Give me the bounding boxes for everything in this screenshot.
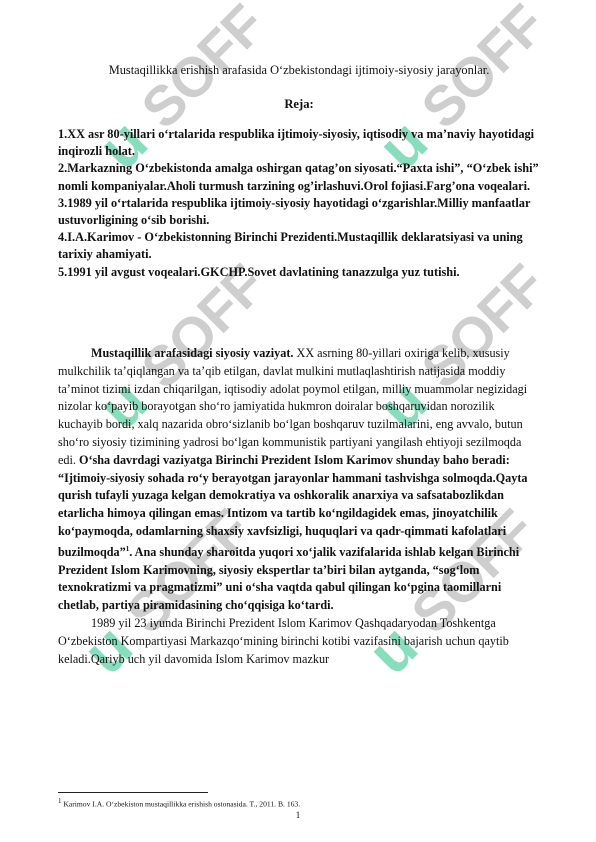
- quote-text: O‘sha davrdagi vaziyatga Birinchi Prezid…: [58, 453, 527, 559]
- paragraph: 1989 yil 23 iyunda Birinchi Prezident Is…: [58, 615, 542, 668]
- body-text: Mustaqillik arafasidagi siyosiy vaziyat.…: [58, 345, 542, 668]
- footnote-separator: [58, 792, 208, 793]
- plan-item: 1.XX asr 80-yillari o‘rtalarida respubli…: [58, 126, 540, 160]
- plan-list: 1.XX asr 80-yillari o‘rtalarida respubli…: [58, 126, 540, 281]
- plan-item: 3.1989 yil o‘rtalarida respublika ijtimo…: [58, 195, 540, 229]
- quote-continuation: . Ana shunday sharoitda yuqori xo‘jalik …: [58, 545, 519, 612]
- footnote-text: Karimov I.A. O‘zbekiston mustaqillikka e…: [63, 800, 300, 809]
- document-page: u SOFF u SOFF u SOFF u SOFF u SOFF u SOF…: [0, 0, 596, 842]
- plan-heading: Reja:: [58, 97, 540, 112]
- section-heading: Mustaqillik arafasidagi siyosiy vaziyat.: [91, 346, 293, 360]
- paragraph: Mustaqillik arafasidagi siyosiy vaziyat.…: [58, 345, 542, 615]
- footnote-number: 1: [58, 797, 62, 805]
- page-number: 1: [0, 810, 596, 820]
- plan-item: 2.Markazning O‘zbekistonda amalga oshirg…: [58, 160, 540, 194]
- plan-item: 4.I.A.Karimov - O‘zbekistonning Birinchi…: [58, 229, 540, 263]
- paragraph-text: XX asrning 80-yillari oxiriga kelib, xus…: [58, 346, 527, 467]
- plan-item: 5.1991 yil avgust voqealari.GKCHP.Sovet …: [58, 264, 540, 281]
- document-title: Mustaqillikka erishish arafasida O‘zbeki…: [58, 63, 540, 78]
- footnote: 1 Karimov I.A. O‘zbekiston mustaqillikka…: [58, 797, 300, 809]
